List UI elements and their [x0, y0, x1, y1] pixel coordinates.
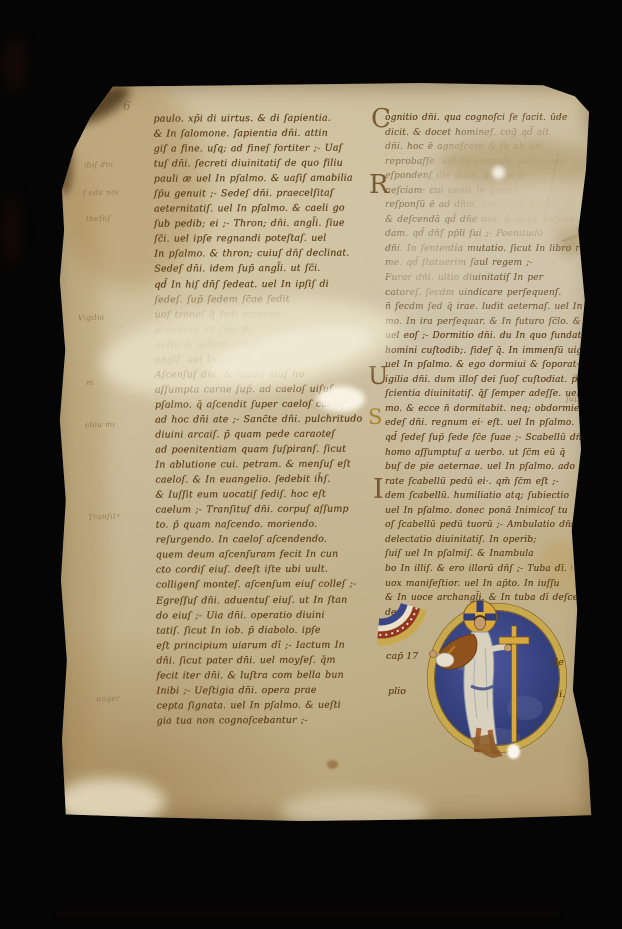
manuscript-text-line: ſp̄u genuit ;- Sedeſ dn̄i. praecelſitaſ	[154, 186, 372, 202]
drop-cap-initial: U	[368, 364, 388, 388]
margin-note: theſnſ	[86, 214, 111, 224]
manuscript-text-line: tatiſ. ſicut In iob. p̄ diabolo. ipſe	[156, 622, 374, 638]
manuscript-text-line: cepta ſignata. uel In pſalmo. & ueſti	[156, 697, 374, 713]
manuscript-text-line: fecit iter dn̄i. & luſtra com bella bun	[156, 667, 374, 683]
medallion-ground	[435, 611, 559, 745]
stain-patch	[280, 792, 430, 830]
manuscript-text-line: & In ſalomone. ſapientia dn̄i. attin	[153, 125, 371, 141]
manuscript-text-line: eſt principium uiarum dī ;- Iactum In	[156, 637, 374, 653]
manuscript-text-line: uox manifeſtior. uel In ap̄to. In iuſſu	[385, 577, 585, 592]
manuscript-text-line: aeternitatiſ. uel In pſalmo. & caeli go	[154, 201, 372, 217]
manuscript-text-line: colligenſ monteſ. aſcenſum eiuſ colleſ ;…	[156, 577, 374, 593]
manuscript-text-line: quem deum aſcenſuram fecit In cun	[156, 547, 374, 563]
water-stain	[475, 180, 605, 240]
manuscript-text-line: Sedeſ dn̄i. idem ſup̄ angl̄i. ut ſc̄i.	[154, 261, 372, 277]
manuscript-text-line: ad hoc dn̄i ate ;- Sanc̄te dn̄i. pulchri…	[155, 411, 373, 427]
manuscript-text-line: gia tua non cognoſcebantur ;-	[157, 712, 375, 728]
manuscript-text-line: & Iuſſit eum uocatiſ ſediſ. hoc eſt	[155, 487, 373, 503]
margin-note: ıbıſ dnı	[84, 159, 113, 169]
slide-frame: 6 paulo. xp̄i di uirtus. & di ſapientia.…	[0, 0, 622, 929]
slide-blemish	[4, 38, 26, 93]
manuscript-text-line: bo In illiſ. & ero illorū dn̄ſ ;- Tuba d…	[385, 562, 585, 577]
manuscript-text-line: caelum ;- Tranſituſ dn̄i. corpuſ aſſump	[155, 502, 373, 518]
manuscript-text-line: mo. & ecce n̄ dormitabit. neq; obdormiet	[385, 402, 585, 417]
miniature-label: de	[552, 657, 564, 668]
margin-note: Vıgılıa	[78, 313, 105, 323]
manuscript-text-line: ſuiſ uel In pſalmiſ. & Inambula	[385, 547, 585, 562]
slide-edge-line	[58, 912, 558, 916]
manuscript-text-line: ſub pedib; ei ;- Thron; dn̄i. angl̄i. ſi…	[154, 216, 372, 232]
drop-cap-initial: C	[371, 106, 391, 132]
repair-patch	[317, 386, 365, 412]
burnt-edge	[57, 135, 73, 195]
manuscript-text-line: uel eoſ ;- Dormitio dn̄i. du In quo fund…	[385, 329, 585, 344]
margin-note: Tranſıtꝰ	[88, 511, 120, 522]
stain-patch	[55, 778, 165, 826]
slide-blemish	[2, 195, 20, 265]
margin-note: ſup edo	[566, 393, 597, 403]
water-stain	[385, 235, 475, 305]
striped-arc-fragment	[377, 604, 423, 642]
manuscript-text-line: dn̄i. ſicut pater dn̄i. uel moyſeſ. q̄m	[156, 652, 374, 668]
ink-spot	[327, 760, 338, 769]
manuscript-text-line: delectatio diuinitatiſ. In operib;	[385, 533, 585, 548]
manuscript-text-line: reſurgendo. In caeloſ aſcendendo.	[156, 532, 374, 548]
white-fleck	[507, 744, 520, 759]
margin-note: m	[86, 378, 94, 387]
manuscript-text-line: cto cordiſ eiuſ. deeſt iſte ubi uult.	[156, 562, 374, 578]
manuscript-text-line: tuſ dn̄i. ſecreti diuinitatiſ de quo fil…	[154, 156, 372, 172]
margin-note: amb	[568, 520, 586, 530]
manuscript-text-line: oſ ſcabellū pedū tuorū ;- Ambulatio dn̄i…	[385, 518, 585, 533]
text-column-left: paulo. xp̄i di uirtus. & di ſapientia.& …	[153, 110, 374, 728]
margin-note: tuba	[570, 563, 589, 573]
manuscript-text-line: to. p̄ quam naſcendo. moriendo.	[156, 517, 374, 533]
manuscript-text-line: giſ a fine. uſq; ad fineſ fortiter ;- Ua…	[154, 141, 372, 157]
manuscript-text-line: uel In pſalmo. & ego dormiui & ſoporat· …	[385, 358, 585, 373]
miniature-label: plio	[388, 686, 406, 697]
water-stain	[440, 140, 600, 185]
manuscript-text-line: qd̄ In hiſ dn̄ſ ſedeat. uel In ipſiſ di	[154, 276, 372, 292]
drop-cap-initial: R	[369, 172, 389, 198]
manuscript-text-line: do eiuſ ;- Uia dn̄i. operatio diuini	[156, 607, 374, 623]
drop-cap-initial: S	[368, 407, 382, 428]
miniature-label: di.	[553, 689, 565, 700]
manuscript-text-line: uel In pſalmo. donec ponā Inimicoſ tu	[385, 504, 585, 519]
manuscript-text-line: ſcientia diuinitatiſ. q̄ſ ſemper adeſſe.…	[385, 387, 585, 402]
manuscript-text-line: Inibi ;- Ueſtigia dn̄i. opera prae	[156, 682, 374, 698]
manuscript-text-line: Egreſſuſ dn̄i. aduentuſ eiuſ. ut In ſtan	[156, 592, 374, 608]
drop-cap-initial: I	[373, 476, 384, 503]
manuscript-text-line: ad poenitentiam quam ſuſpiranſ. ſicut	[155, 441, 373, 457]
white-scroll	[436, 653, 454, 667]
manuscript-text-line: igilia dn̄i. dum illoſ dei ſuoſ cuſtodia…	[385, 373, 585, 388]
manuscript-text-line: rate ſcabellū pedū ei·. qm̄ ſc̄m eſt ;-	[385, 475, 585, 490]
manuscript-text-line: ſc̄i. uel ipſe regnandi poteſtaſ. uel	[154, 231, 372, 247]
manuscript-text-line: dem ſcabellū. humiliatio atq; ſubiectio	[385, 489, 585, 504]
margin-note: uıgıla	[573, 371, 596, 381]
christ-medallion-miniature	[375, 598, 593, 766]
miniature-label: cap̄ 17	[386, 651, 418, 662]
margin-note: unger	[96, 694, 120, 704]
manuscript-text-line: qd̄ ſedeſ ſup̄ ſede ſc̄e ſuae ;- Scabell…	[385, 431, 585, 446]
manuscript-text-line: paulo. xp̄i di uirtus. & di ſapientia.	[153, 110, 371, 126]
manuscript-text-line: mo. In ira perſequar. & In futuro ſc̄lo.…	[385, 315, 585, 330]
manuscript-text-line: homo aſſumptuſ a uerbo. ut ſc̄m eū q̄	[385, 446, 585, 461]
glare-spot	[492, 166, 505, 179]
margin-note: eleu mı	[85, 419, 115, 429]
manuscript-text-line: In pſalmo. & thron; cuiuſ dn̄ſ declinat.	[154, 246, 372, 262]
manuscript-page: 6 paulo. xp̄i di uirtus. & di ſapientia.…	[55, 80, 595, 824]
manuscript-text-line: In ablutione cui. petram. & menſuſ eſt	[155, 457, 373, 473]
manuscript-text-line: diuini arcaiſ. p̄ quam pede caraoteſ	[155, 426, 373, 442]
manuscript-text-line: buſ de pie aeternae. uel In pſalmo. ado	[385, 460, 585, 475]
manuscript-text-line: edeſ dn̄i. regnum ei· eſt. uel In pſalmo…	[385, 416, 585, 431]
manuscript-text-line: caeloſ. & In euangelio. ſedebit ih̄ſ.	[155, 472, 373, 488]
manuscript-text-line: pauli æ uel In pſalmo. & uaſiſ amabilia	[154, 171, 372, 187]
manuscript-text-line: homini cuſtodib;. fideſ q̄. In immenſū u…	[385, 344, 585, 359]
margin-note: ſ ede noı	[83, 187, 119, 197]
